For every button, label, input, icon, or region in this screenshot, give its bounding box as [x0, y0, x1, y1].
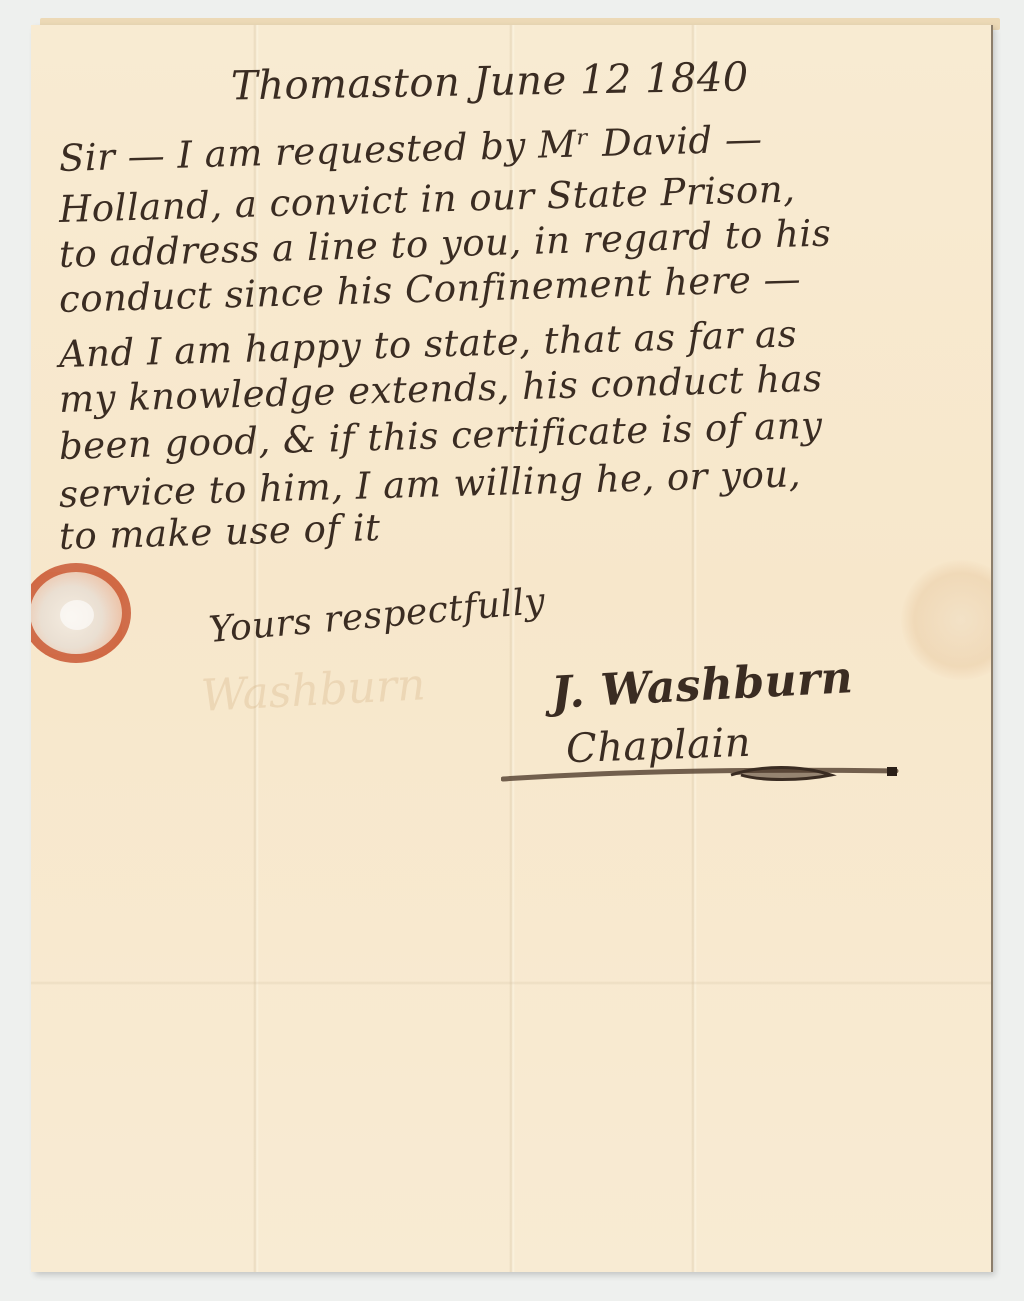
signature-name: J. Washburn — [550, 652, 855, 719]
seal-impression — [60, 600, 94, 630]
bleed-through-text: Washburn — [200, 659, 427, 722]
fold-line-horizontal — [31, 981, 991, 985]
letter-line-9: to make use of it — [58, 506, 381, 558]
paper-stain — [901, 560, 991, 680]
wax-seal-icon — [31, 563, 131, 663]
signature-flourish-icon — [501, 763, 901, 783]
letter-page: Washburn Thomaston June 12 1840 Sir — I … — [31, 25, 991, 1272]
place-date-heading: Thomaston June 12 1840 — [231, 54, 750, 109]
